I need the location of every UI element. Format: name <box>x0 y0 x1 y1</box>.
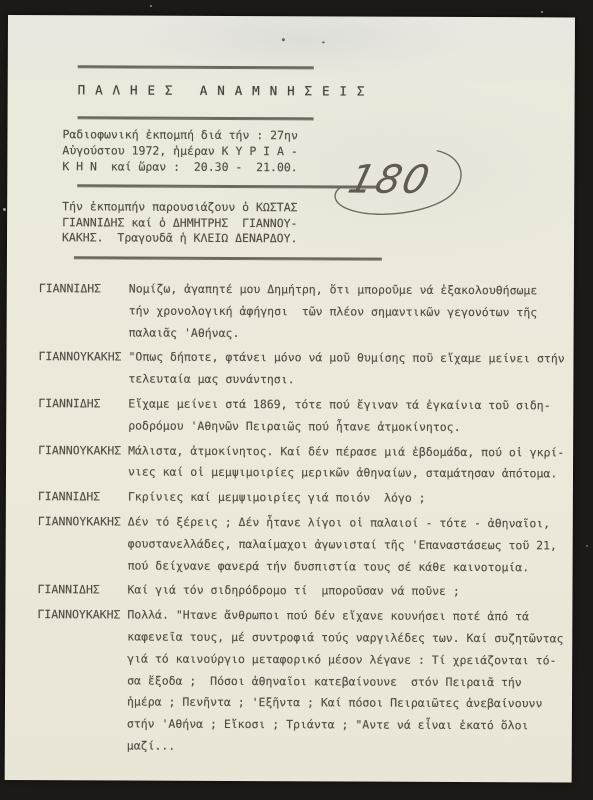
speech-text: Μάλιστα, ἀτμοκίνητος. Καί δέν πέρασε μιά… <box>128 440 566 486</box>
speech-line: νιες καί οἱ μεμψιμοιρίες μερικῶν ἀθηναίω… <box>128 462 566 486</box>
speech-line: Καί γιά τόν σιδηρόδρομο τί μποροῦσαν νά … <box>127 580 565 604</box>
presenters-line: ΓΙΑΝΝΙΔΗΣ καί ὁ ΔΗΜΗΤΡΗΣ ΓΙΑΝΝΟΥ- <box>62 215 297 232</box>
handwritten-page-number: 180 <box>325 140 485 241</box>
speech-line: καφενεῖα τους, μέ συντροφιά τούς ναργιλέ… <box>127 626 565 650</box>
speaker-label: ΓΙΑΝΝΙΔΗΣ <box>39 278 129 344</box>
speech-line: Πολλά. "Ητανε ἄνθρωποι πού δέν εἴχανε κο… <box>127 605 565 629</box>
speaker-label: ΓΙΑΝΝΟΥΚΑΚΗΣ <box>37 604 128 757</box>
dialogue-turn: ΓΙΑΝΝΙΔΗΣΝομίζω, ἀγαπητέ μου Δημήτρη, ὅτ… <box>39 278 567 346</box>
speech-line: τελευταία μας συνάντησι. <box>128 369 566 393</box>
broadcast-info: Ραδιοφωνική ἐκπομπή διά τήν : 27ην Αὐγού… <box>62 126 298 175</box>
speech-line: πού δείχνανε φανερά τήν δυσπιστία τους σ… <box>128 555 566 579</box>
speech-line: ἡμέρα ; Πενῆντα ; 'Εξῆντα ; Καί πόσοι Πε… <box>127 692 565 716</box>
dialogue-turn: ΓΙΑΝΝΟΥΚΑΚΗΣΔέν τό ξέρεις ; Δέν ἦτανε λί… <box>38 511 566 579</box>
handwritten-number-text: 180 <box>344 157 436 203</box>
speech-line: στήν 'Αθήνα ; Εἴκοσι ; Τριάντα ; "Αντε ν… <box>127 714 565 738</box>
speech-text: Γκρίνιες καί μεμψιμοιρίες γιά ποιόν λόγο… <box>128 487 566 511</box>
speech-text: Δέν τό ξέρεις ; Δέν ἦτανε λίγοι οἱ παλαι… <box>128 511 566 578</box>
scan-background: { "document": { "title": "Π Α Λ Η Ε Σ Α … <box>0 0 593 800</box>
speaker-label: ΓΙΑΝΝΟΥΚΑΚΗΣ <box>38 511 128 577</box>
dialogue: ΓΙΑΝΝΙΔΗΣΝομίζω, ἀγαπητέ μου Δημήτρη, ὅτ… <box>37 278 567 762</box>
dust-speck <box>3 208 6 211</box>
dialogue-turn: ΓΙΑΝΝΙΔΗΣΚαί γιά τόν σιδηρόδρομο τί μπορ… <box>37 579 565 603</box>
dialogue-turn: ΓΙΑΝΝΙΔΗΣΓκρίνιες καί μεμψιμοιρίες γιά π… <box>38 486 566 510</box>
speech-line: παλαιᾶς 'Αθήνας. <box>129 322 567 346</box>
speech-line: "Οπως δήποτε, φτάνει μόνο νά μοῦ θυμίσης… <box>128 347 566 371</box>
speech-line: ροδρόμου 'Αθηνῶν Πειραιῶς πού ἦτανε ἀτμο… <box>128 415 566 439</box>
speech-line: Δέν τό ξέρεις ; Δέν ἦτανε λίγοι οἱ παλαι… <box>128 511 566 535</box>
broadcast-info-line: Αὐγούστου 1972, ἡμέραν Κ Υ Ρ Ι Α - <box>62 142 297 159</box>
speech-text: Νομίζω, ἀγαπητέ μου Δημήτρη, ὅτι μποροῦμ… <box>129 279 567 346</box>
broadcast-info-line: Ραδιοφωνική ἐκπομπή διά τήν : 27ην <box>62 126 297 143</box>
speaker-label: ΓΙΑΝΝΟΥΚΑΚΗΣ <box>38 440 128 484</box>
dust-speck <box>150 5 152 7</box>
dust-speck <box>586 545 588 547</box>
speaker-label: ΓΙΑΝΝΙΔΗΣ <box>37 579 127 601</box>
section-rule <box>74 256 382 260</box>
title-rule-top <box>78 65 314 69</box>
speech-text: Εἴχαμε μείνει στά 1869, τότε πού ἔγιναν … <box>128 394 566 440</box>
dialogue-turn: ΓΙΑΝΝΙΔΗΣΕἴχαμε μείνει στά 1869, τότε πο… <box>38 393 566 439</box>
speech-line: σα ἔξοδα ; Πόσοι ἀθηναῖοι κατεβαίνουνε σ… <box>127 670 565 694</box>
speech-text: Πολλά. "Ητανε ἄνθρωποι πού δέν εἴχανε κο… <box>127 605 566 759</box>
speech-line: μαζί... <box>127 735 565 759</box>
speech-line: Εἴχαμε μείνει στά 1869, τότε πού ἔγιναν … <box>128 394 566 418</box>
speech-line: φουστανελλάδες, παλαίμαχοι ἀγωνισταί τῆς… <box>128 533 566 557</box>
speech-text: "Οπως δήποτε, φτάνει μόνο νά μοῦ θυμίσης… <box>128 347 566 393</box>
speaker-label: ΓΙΑΝΝΙΔΗΣ <box>38 486 128 508</box>
speaker-label: ΓΙΑΝΝΙΔΗΣ <box>38 393 128 437</box>
speech-line: Μάλιστα, ἀτμοκίνητος. Καί δέν πέρασε μιά… <box>128 440 566 464</box>
paper-speck <box>282 38 285 41</box>
page-title: Π Α Λ Η Ε Σ Α Ν Α Μ Ν Η Σ Ε Ι Σ <box>78 82 366 98</box>
speech-line: γιά τό καινούργιο μεταφορικό μέσον λέγαν… <box>127 648 565 672</box>
paper-speck <box>322 41 325 43</box>
speech-line: τήν χρονολογική ἀφήγησι τῶν πλέον σημαντ… <box>129 300 567 324</box>
broadcast-info-line: Κ Η Ν καί ὥραν : 20.30 - 21.00. <box>62 158 297 175</box>
speech-line: Γκρίνιες καί μεμψιμοιρίες γιά ποιόν λόγο… <box>128 487 566 511</box>
title-rule-bottom <box>78 116 314 120</box>
speech-line: Νομίζω, ἀγαπητέ μου Δημήτρη, ὅτι μποροῦμ… <box>129 279 567 303</box>
dialogue-turn: ΓΙΑΝΝΟΥΚΑΚΗΣΜάλιστα, ἀτμοκίνητος. Καί δέ… <box>38 440 566 486</box>
presenters-line: Τήν ἐκπομπήν παρουσιάζουν ὁ ΚΩΣΤΑΣ <box>62 199 297 216</box>
speech-text: Καί γιά τόν σιδηρόδρομο τί μποροῦσαν νά … <box>127 580 565 604</box>
dust-speck <box>541 11 543 13</box>
scanned-page: Π Α Λ Η Ε Σ Α Ν Α Μ Ν Η Σ Ε Ι Σ Ραδιοφων… <box>5 15 575 782</box>
presenters-info: Τήν ἐκπομπήν παρουσιάζουν ὁ ΚΩΣΤΑΣ ΓΙΑΝΝ… <box>62 199 298 247</box>
speaker-label: ΓΙΑΝΝΟΥΚΑΚΗΣ <box>38 347 128 391</box>
dialogue-turn: ΓΙΑΝΝΟΥΚΑΚΗΣΠολλά. "Ητανε ἄνθρωποι πού δ… <box>37 604 566 759</box>
dialogue-turn: ΓΙΑΝΝΟΥΚΑΚΗΣ"Οπως δήποτε, φτάνει μόνο νά… <box>38 347 566 393</box>
presenters-line: ΚΑΚΗΣ. Τραγουδᾶ ἡ ΚΛΕΙΩ ΔΕΝΑΡΔΟΥ. <box>62 231 297 248</box>
